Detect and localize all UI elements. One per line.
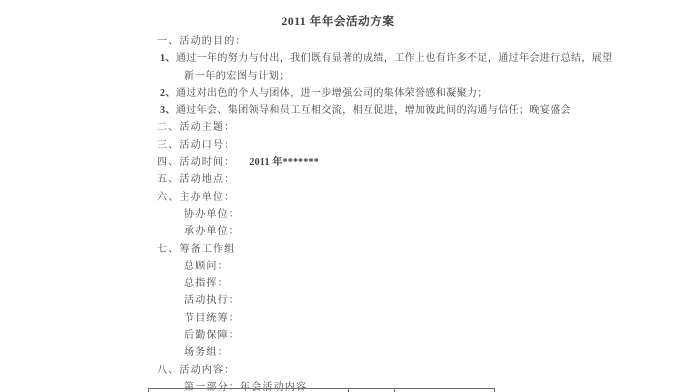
doc-line-text: 场务组： (184, 347, 229, 358)
doc-line-text: 五、活动地点： (157, 174, 235, 185)
doc-line-text: 承办单位： (184, 226, 240, 237)
doc-line-number: 3、 (160, 105, 176, 116)
doc-line-section-1-purpose: 一、活动的目的： (157, 33, 676, 50)
doc-line-text: 通过年会、集团领导和员工互相交流，相互促进，增加彼此间的沟通与信任；晚宴盛会 (176, 105, 571, 116)
doc-line-text: 七、筹备工作组 (157, 244, 235, 255)
document-title: 2011 年年会活动方案 (0, 0, 676, 34)
doc-line-text: 三、活动口号： (157, 140, 235, 151)
doc-line-text: 后勤保障： (184, 330, 240, 341)
doc-line-text: 节目统筹： (184, 313, 240, 324)
activity-time-value: 2011 年******* (249, 157, 319, 168)
doc-line-chief-commander: 总指挥： (184, 275, 676, 292)
doc-line-text: 通过一年的努力与付出，我们既有显著的成绩，工作上也有许多不足，通过年会进行总结，… (176, 53, 613, 64)
doc-line-text: 新一年的宏图与计划； (184, 71, 290, 82)
doc-line-activity-execution: 活动执行： (184, 292, 676, 309)
doc-line-section-6-host: 六、主办单位： (157, 189, 676, 206)
document-page: 2011 年年会活动方案 一、活动的目的：1、通过一年的努力与付出，我们既有显著… (0, 0, 676, 392)
doc-line-co-organizer: 协办单位： (184, 206, 676, 223)
doc-line-text: 协办单位： (184, 209, 240, 220)
content-table-top-border (148, 388, 495, 392)
doc-line-section-4-time: 四、活动时间：2011 年******* (157, 154, 676, 171)
doc-line-text: 八、活动内容： (157, 365, 235, 376)
doc-line-text: 一、活动的目的： (157, 36, 247, 47)
doc-line-purpose-item-3: 3、通过年会、集团领导和员工互相交流，相互促进，增加彼此间的沟通与信任；晚宴盛会 (160, 102, 676, 119)
doc-line-chief-advisor: 总顾问： (184, 258, 676, 275)
doc-line-text: 六、主办单位： (157, 192, 235, 203)
doc-line-logistics-support: 后勤保障： (184, 327, 676, 344)
doc-line-text: 总指挥： (184, 278, 229, 289)
doc-line-section-7-prep-group: 七、筹备工作组 (157, 241, 676, 258)
doc-line-purpose-item-1: 1、通过一年的努力与付出，我们既有显著的成绩，工作上也有许多不足，通过年会进行总… (160, 50, 676, 67)
doc-line-text: 二、活动主题： (157, 122, 235, 133)
doc-line-number: 1、 (160, 53, 176, 64)
document-body: 一、活动的目的：1、通过一年的努力与付出，我们既有显著的成绩，工作上也有许多不足… (0, 33, 676, 392)
doc-line-section-5-location: 五、活动地点： (157, 171, 676, 188)
doc-line-section-8-content: 八、活动内容： (157, 362, 676, 379)
doc-line-section-3-slogan: 三、活动口号： (157, 137, 676, 154)
doc-line-text: 活动执行： (184, 295, 240, 306)
doc-line-text: 总顾问： (184, 261, 229, 272)
doc-line-purpose-item-2: 2、通过对出色的个人与团体，进一步增强公司的集体荣誉感和凝聚力； (160, 85, 676, 102)
doc-line-stage-crew: 场务组： (184, 344, 676, 361)
doc-line-section-2-theme: 二、活动主题： (157, 119, 676, 136)
doc-line-number: 2、 (160, 88, 176, 99)
doc-line-undertaker: 承办单位： (184, 223, 676, 240)
doc-line-program-coordination: 节目统筹： (184, 310, 676, 327)
doc-line-text: 四、活动时间： (157, 157, 235, 168)
doc-line-purpose-item-1-cont: 新一年的宏图与计划； (184, 68, 676, 85)
doc-line-text: 通过对出色的个人与团体，进一步增强公司的集体荣誉感和凝聚力； (176, 88, 488, 99)
